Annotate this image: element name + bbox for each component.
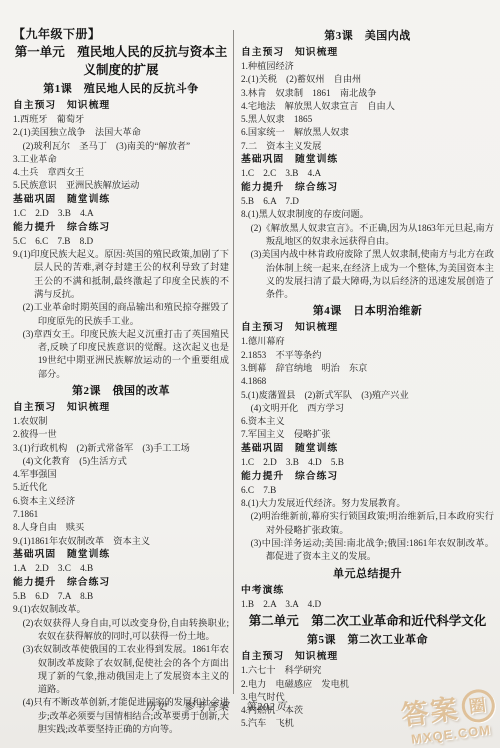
answer-subline: (4)文明开化 西方学习 — [251, 402, 494, 415]
answer-line: 4.宅地法 解放黑人奴隶宣言 自由人 — [241, 100, 494, 113]
answer-line: 5.B 6.D 7.A 8.B — [13, 590, 229, 603]
section-header: 能力提升 综合练习 — [241, 181, 494, 194]
section-header: 能力提升 综合练习 — [13, 576, 229, 589]
answer-subline: (2)明治维新前,幕府实行锁国政策;明治维新后,日本政府实行对外侵略扩张政策。 — [251, 510, 494, 537]
watermark-circle-icon: 圈 — [460, 687, 497, 724]
footer-label: 参考答案 — [184, 702, 230, 713]
answer-line: 2.(1)美国独立战争 法国大革命 — [13, 126, 229, 139]
lesson-title: 第4课 日本明治维新 — [241, 304, 494, 319]
answer-line: 1.种植园经济 — [241, 60, 494, 73]
answer-line: 6.资本主义经济 — [13, 495, 229, 508]
answer-line: 8.(1)黑人奴隶制度的存废问题。 — [241, 208, 494, 221]
answer-line: 4.1868 — [241, 375, 494, 388]
unit-title: 第一单元 殖民地人民的反抗与资本主义制度的扩展 — [13, 44, 229, 79]
answer-line: 1.六七十 科学研究 — [241, 664, 494, 677]
section-header: 基础巩固 随堂训练 — [241, 153, 494, 166]
answer-line: 1.C 2.D 3.B 4.A — [13, 207, 229, 220]
answer-line: 1.C 2.C 3.B 4.A — [241, 167, 494, 180]
section-header: 基础巩固 随堂训练 — [241, 442, 494, 455]
right-column: 第3课 美国内战自主预习 知识梳理1.种植园经济2.(1)关税 (2)蓄奴州 自… — [241, 26, 494, 731]
section-header: 自主预习 知识梳理 — [13, 99, 229, 112]
section-header: 自主预习 知识梳理 — [241, 650, 494, 663]
answer-line: 1.德川幕府 — [241, 335, 494, 348]
answer-line: 2.(1)关税 (2)蓄奴州 自由州 — [241, 73, 494, 86]
answer-line: 4.土兵 章西女王 — [13, 166, 229, 179]
answer-line: 1.A 2.D 3.C 4.B — [13, 562, 229, 575]
left-column: 【九年级下册】第一单元 殖民地人民的反抗与资本主义制度的扩展第1课 殖民地人民的… — [13, 26, 229, 736]
lesson-title: 第3课 美国内战 — [241, 29, 494, 44]
section-header: 基础巩固 随堂训练 — [13, 193, 229, 206]
answer-line: 5.B 6.A 7.D — [241, 195, 494, 208]
section-header: 自主预习 知识梳理 — [13, 401, 229, 414]
answer-line: 4.军事强国 — [13, 468, 229, 481]
answer-subline: (2)《解放黑人奴隶宣言》。不正确,因为从1863年元旦起,南方叛乱地区的奴隶永… — [251, 222, 494, 249]
page-footer: 历史 参考答案 第202页 — [0, 699, 432, 714]
answer-line: 6.国家统一 解放黑人奴隶 — [241, 126, 494, 139]
answer-line: 3.倒幕 辞官纳地 明治 东京 — [241, 362, 494, 375]
answer-line: 7.1861 — [13, 508, 229, 521]
lesson-title: 第5课 第二次工业革命 — [241, 633, 494, 648]
answer-subline: (3)章西女王。印度民族大起义沉重打击了英国殖民者,反映了印度民族意识的觉醒。这… — [23, 328, 229, 381]
answer-line: 9.(1)农奴制改革。 — [13, 603, 229, 616]
lesson-title: 单元总结提升 — [241, 567, 494, 582]
section-header: 中考演练 — [241, 584, 494, 597]
answer-subline: (4)文化教育 (5)生活方式 — [23, 455, 229, 468]
column-divider — [233, 30, 234, 694]
answer-line: 1.B 2.A 3.A 4.D — [241, 598, 494, 611]
section-header: 自主预习 知识梳理 — [241, 46, 494, 59]
answer-subline: (3)美国内战中林肯政府废除了黑人奴隶制,使南方与北方在政治体制上统一起来,在经… — [251, 248, 494, 301]
answer-subline: (2)工业革命时期英国的商品输出和殖民掠夺摧毁了印度原先的民族手工业。 — [23, 301, 229, 328]
book-edition-tag: 【九年级下册】 — [13, 26, 229, 42]
lesson-title: 第2课 俄国的改革 — [13, 384, 229, 399]
watermark-logo: 答案 圈 MXQE.COM — [399, 687, 498, 747]
answer-line: 5.(1)废藩置县 (2)新式军队 (3)殖产兴业 — [241, 389, 494, 402]
answer-subline: (3)中国:洋务运动;美国:南北战争;俄国:1861年农奴制改革。都促进了资本主… — [251, 537, 494, 564]
answer-key-page: 【九年级下册】第一单元 殖民地人民的反抗与资本主义制度的扩展第1课 殖民地人民的… — [0, 0, 500, 748]
section-header: 能力提升 综合练习 — [241, 470, 494, 483]
answer-line: 8.人身自由 赎买 — [13, 521, 229, 534]
section-header: 能力提升 综合练习 — [13, 221, 229, 234]
answer-line: 7.军国主义 侵略扩张 — [241, 428, 494, 441]
answer-line: 6.资本主义 — [241, 415, 494, 428]
answer-line: 8.(1)大力发展近代经济。努力发展教育。 — [241, 497, 494, 510]
unit-title: 第二单元 第二次工业革命和近代科学文化 — [241, 613, 494, 631]
answer-line: 2.1853 不平等条约 — [241, 349, 494, 362]
answer-line: 9.(1)1861年农奴制改革 资本主义 — [13, 535, 229, 548]
answer-subline: (2)玻利瓦尔 圣马丁 (3)南美的“解放者” — [23, 140, 229, 153]
footer-subject: 历史 — [145, 702, 168, 713]
answer-line: 5.近代化 — [13, 481, 229, 494]
answer-line: 1.农奴制 — [13, 415, 229, 428]
watermark-text: 答案 — [400, 693, 461, 730]
section-header: 自主预习 知识梳理 — [241, 321, 494, 334]
answer-line: 5.C 6.C 7.B 8.D — [13, 235, 229, 248]
answer-line: 9.(1)印度民族大起义。原因:英国的殖民政策,加剧了下层人民的苦难,剥夺封建王… — [13, 248, 229, 301]
answer-line: 3.工业革命 — [13, 153, 229, 166]
answer-line: 5.民族意识 亚洲民族解放运动 — [13, 179, 229, 192]
answer-line: 1.西班牙 葡萄牙 — [13, 113, 229, 126]
answer-line: 3.林肯 奴隶制 1861 南北战争 — [241, 87, 494, 100]
answer-line: 2.彼得一世 — [13, 428, 229, 441]
answer-line: 7.二 资本主义发展 — [241, 140, 494, 153]
answer-line: 5.黑人奴隶 1865 — [241, 113, 494, 126]
answer-subline: (2)农奴获得人身自由,可以改变身份,自由转换职业;农奴在获得解放的同时,可以获… — [23, 617, 229, 644]
footer-page-number: 第202页 — [245, 702, 287, 713]
answer-line: 1.C 2.D 3.B 4.D 5.B — [241, 456, 494, 469]
answer-subline: (3)农奴制改革使俄国的工农业得到发展。1861年农奴制改革废除了农奴制,促使社… — [23, 643, 229, 696]
answer-line: 6.C 7.B — [241, 484, 494, 497]
lesson-title: 第1课 殖民地人民的反抗斗争 — [13, 82, 229, 97]
answer-line: 3.(1)行政机构 (2)新式常备军 (3)手工工场 — [13, 442, 229, 455]
section-header: 基础巩固 随堂训练 — [13, 548, 229, 561]
answer-line: 2.电力 电磁感应 发电机 — [241, 678, 494, 691]
